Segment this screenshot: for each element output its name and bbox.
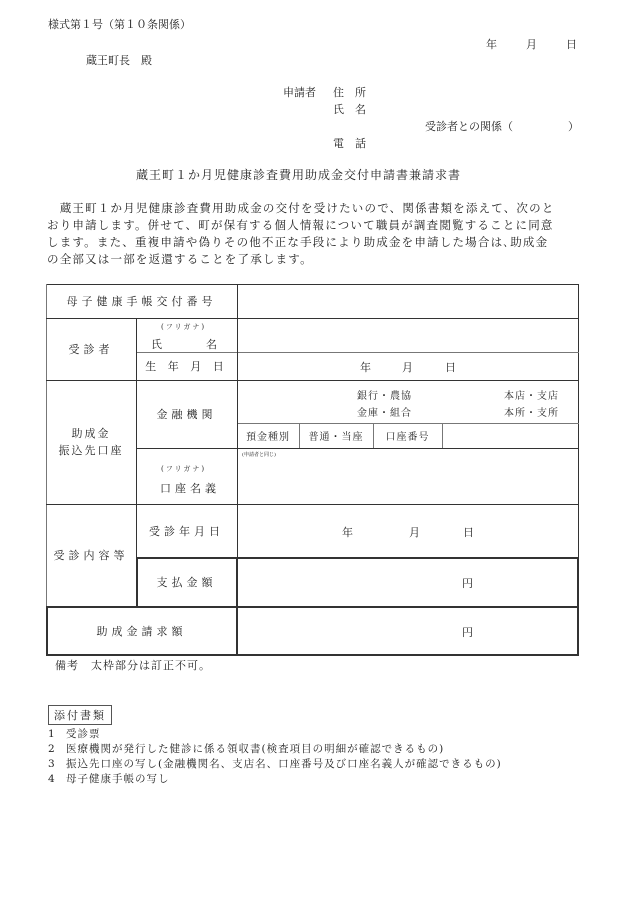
body-line: おり申請します。併せて、町が保有する個人情報について職員が調査閲覧することに同意 [47,217,555,234]
body-line: します。また、重複申請や偽りその他不正な手段により助成金を申請した場合は､助成金 [47,234,555,251]
account-furigana-label: (フリガナ) [161,464,206,474]
branch-type-option-1[interactable]: 本店・支店 [504,387,559,402]
furigana-label: (フリガナ) [161,322,206,332]
handbook-number-field[interactable] [237,284,578,318]
form-number: 様式第１号（第１０条関係） [48,16,191,32]
attachment-item: 4母子健康手帳の写し [48,772,502,787]
date-year-label: 年 [486,36,497,52]
attachment-text: 母子健康手帳の写し [66,773,170,785]
birth-day-label: 日 [445,359,456,375]
account-label-line-2: 振込先口座 [59,442,124,459]
attachment-num: 1 [48,727,66,742]
table-rule-thick [46,654,579,656]
account-holder-field[interactable] [237,458,578,504]
table-border-thick [577,557,579,656]
attachments-list: 1受診票 2医療機関が発行した健診に係る領収書(検査項目の明細が確認できるもの)… [48,727,502,787]
examinee-label: 受診者 [46,318,136,380]
exam-year-label: 年 [342,524,353,540]
payment-yen-label: 円 [462,575,473,591]
attachment-item: 2医療機関が発行した健診に係る領収書(検査項目の明細が確認できるもの) [48,742,502,757]
addressee: 蔵王町長 殿 [86,52,152,68]
attachment-text: 医療機関が発行した健診に係る領収書(検査項目の明細が確認できるもの) [66,743,444,755]
name-char-1: 氏 [151,336,162,352]
account-label-line-1: 助成金 [72,425,111,442]
body-line: 蔵王町１か月児健康診査費用助成金の交付を受けたいので、関係書類を添えて、次のと [47,200,555,217]
birth-month-label: 月 [402,359,413,375]
bank-type-option-2[interactable]: 金庫・組合 [357,404,412,419]
name-char-2: 名 [206,336,217,352]
handbook-number-label: 母子健康手帳交付番号 [46,284,237,318]
account-number-field[interactable] [442,423,578,448]
financial-institution-label: 金融機関 [136,380,237,448]
phone-label: 電 話 [333,135,366,151]
note: 備考 太枠部分は訂正不可。 [55,657,211,673]
date-month-label: 月 [526,36,537,52]
document-title: 蔵王町１か月児健康診査費用助成金交付申請書兼請求書 [136,166,461,183]
date-day-label: 日 [566,36,577,52]
claim-amount-field[interactable] [238,608,458,654]
birth-year-label: 年 [360,359,371,375]
same-as-applicant-note: (申請者と同じ) [242,451,276,458]
relation-label: 受診者との関係（ ） [425,118,579,134]
applicant-label: 申請者 [283,84,316,100]
examinee-name-field[interactable] [237,318,578,352]
claim-yen-label: 円 [462,624,473,640]
name-label: 氏 名 [333,101,366,117]
birthdate-label: 生 年 月 日 [136,352,237,380]
account-number-label: 口座番号 [373,423,442,448]
attachment-num: 2 [48,742,66,757]
payment-amount-label: 支払金額 [136,558,237,606]
account-holder-label: 口座名義 [160,480,220,496]
exam-month-label: 月 [409,524,420,540]
account-section-label: 助成金 振込先口座 [46,380,136,504]
attachments-label: 添付書類 [48,705,112,725]
bank-type-option-1[interactable]: 銀行・農協 [357,387,412,402]
deposit-type-label: 預金種別 [237,423,299,448]
attachment-text: 振込先口座の写し(金融機関名、支店名、口座番号及び口座名義人が確認できるもの) [66,758,502,770]
attachment-num: 4 [48,772,66,787]
branch-type-option-2[interactable]: 本所・支所 [504,404,559,419]
attachment-text: 受診票 [66,728,101,740]
body-text: 蔵王町１か月児健康診査費用助成金の交付を受けたいので、関係書類を添えて、次のと … [47,200,555,268]
attachment-num: 3 [48,757,66,772]
claim-amount-label: 助成金請求額 [46,607,237,654]
payment-amount-field[interactable] [238,559,458,606]
table-rule [136,448,579,449]
exam-date-label: 受診年月日 [136,504,237,557]
exam-details-label: 受診内容等 [46,504,136,606]
attachment-item: 1受診票 [48,727,502,742]
deposit-type-options[interactable]: 普通・当座 [299,423,373,448]
attachment-item: 3振込先口座の写し(金融機関名、支店名、口座番号及び口座名義人が確認できるもの) [48,757,502,772]
exam-day-label: 日 [463,524,474,540]
body-line: の全部又は一部を返還することを了承します。 [47,251,555,268]
address-label: 住 所 [333,84,366,100]
